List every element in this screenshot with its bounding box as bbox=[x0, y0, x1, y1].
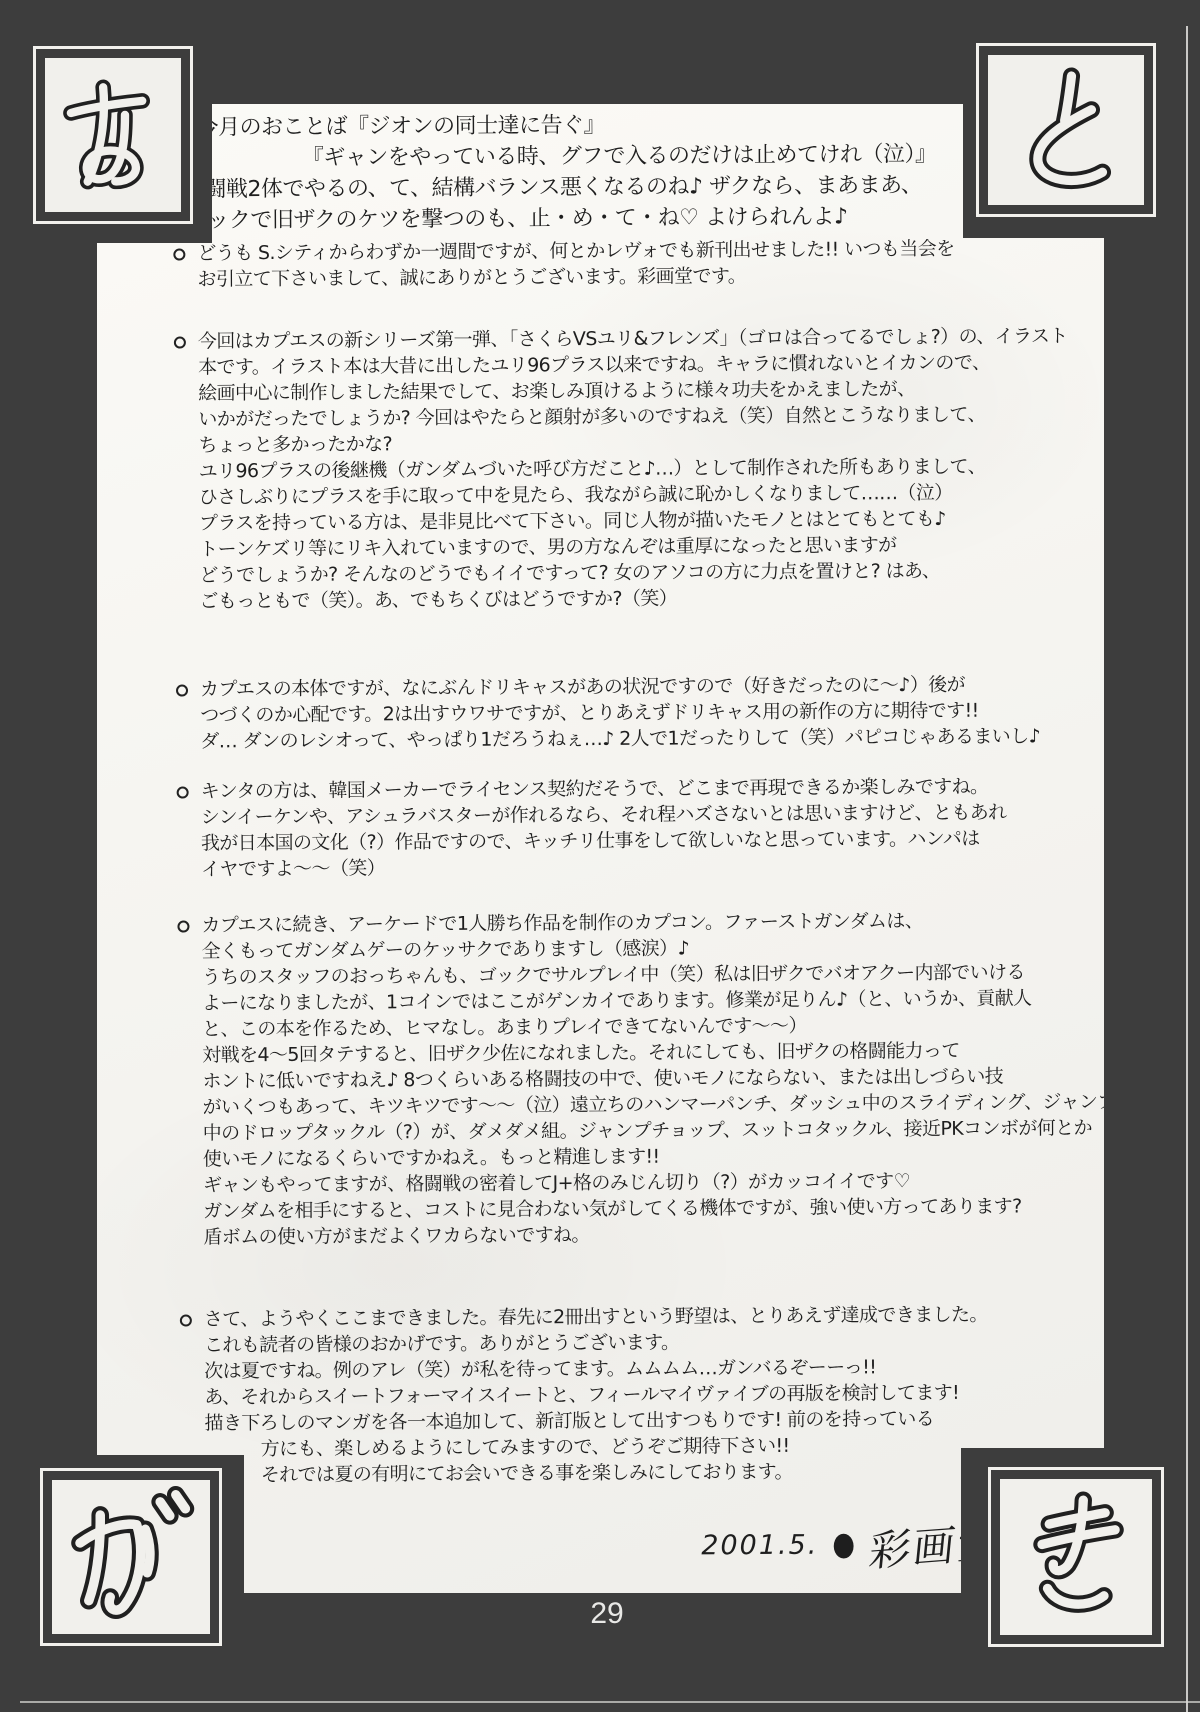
bullet-item: カプエスに続き、アーケードで1人勝ち作品を制作のカプコン。ファーストガンダムは、… bbox=[177, 907, 1079, 1250]
kana-to-icon bbox=[995, 62, 1137, 199]
bullet-lines: さて、ようやくここまできました。春先に2冊出すという野望は、とりあえず達成できま… bbox=[204, 1302, 989, 1489]
corner-box-to: と bbox=[976, 43, 1156, 217]
bullet-lines: カプエスに続き、アーケードで1人勝ち作品を制作のカプコン。ファーストガンダムは、… bbox=[201, 906, 1104, 1250]
date: 2001.5. bbox=[701, 1529, 818, 1561]
scanned-afterword-page: 今月のおことば『ジオンの同士達に告ぐ』『ギャンをやっている時、グフで入るのだけは… bbox=[0, 0, 1200, 1712]
bullet-line: お引立て下さいまして、誠にありがとうございます。彩画堂です。 bbox=[197, 262, 954, 293]
bullet-line: 本です。イラスト本は大昔に出したユリ96プラス以来ですね。キャラに慣れないとイカ… bbox=[198, 349, 1068, 380]
corner-box-ki: き bbox=[988, 1467, 1164, 1647]
bullet-item: さて、ようやくここまできました。春先に2冊出すという野望は、とりあえず達成できま… bbox=[180, 1301, 1081, 1488]
bullet-line: どうでしょうか? そんなのどうでもイイですって? 女のアソコの方に力点を置けと?… bbox=[199, 557, 1069, 588]
corner-box-ki-inner bbox=[1000, 1479, 1152, 1635]
bullet-line: 描き下ろしのマンガを各一本追加して、新訂版として出すつもりです! 前のを持ってい… bbox=[204, 1406, 988, 1437]
bullet-circle-icon bbox=[174, 337, 186, 349]
corner-box-to-inner bbox=[988, 55, 1144, 205]
date-signature-block: 2001.5. ● 彩画堂 bbox=[701, 1514, 1001, 1576]
bullet-line: どうも S.シティからわずか一週間ですが、何とかレヴォでも新刊出せました!! い… bbox=[197, 236, 954, 267]
kana-ki-icon bbox=[1007, 1486, 1145, 1628]
kana-a-icon bbox=[50, 64, 177, 206]
bullet-line: さて、ようやくここまできました。春先に2冊出すという野望は、とりあえず達成できま… bbox=[204, 1302, 988, 1333]
scan-edge-bottom bbox=[20, 1701, 1200, 1703]
corner-box-a-inner bbox=[45, 58, 181, 212]
bullet-line: 我が日本国の文化（?）作品ですので、キッチリ仕事をして欲しいなと思っています。ハ… bbox=[201, 826, 1007, 857]
bullet-line: 中のドロップタックル（?）が、ダメダメ組。ジャンプチョップ、スットコタックル、接… bbox=[203, 1114, 1104, 1146]
scan-edge-right bbox=[1186, 26, 1188, 1712]
date-stamp-mark: ● bbox=[832, 1528, 855, 1561]
bullet-item: 今回はカプエスの新シリーズ第一弾、「さくらVSユリ&フレンズ」（ゴロは合ってるで… bbox=[174, 323, 1076, 614]
bullet-line: ダ… ダンのレシオって、やっぱり1だろうねぇ…♪ 2人で1だったりして（笑）パピ… bbox=[200, 723, 1040, 754]
paper: 今月のおことば『ジオンの同士達に告ぐ』『ギャンをやっている時、グフで入るのだけは… bbox=[97, 104, 1104, 1593]
bullet-list: どうも S.シティからわずか一週間ですが、何とかレヴォでも新刊出せました!! い… bbox=[173, 235, 1081, 1522]
corner-box-ga-inner bbox=[52, 1480, 210, 1634]
bullet-line: それでは夏の有明にてお会いできる事を楽しみにしております。 bbox=[261, 1458, 989, 1488]
bullet-circle-icon bbox=[177, 787, 189, 799]
corner-box-ga: が bbox=[40, 1468, 222, 1646]
bullet-circle-icon bbox=[180, 1315, 192, 1327]
bullet-circle-icon bbox=[177, 921, 189, 933]
bullet-line: イヤですよ〜〜（笑） bbox=[201, 852, 1007, 883]
kana-ga-icon bbox=[55, 1482, 207, 1631]
bullet-lines: どうも S.シティからわずか一週間ですが、何とかレヴォでも新刊出せました!! い… bbox=[197, 236, 954, 293]
bullet-lines: 今回はカプエスの新シリーズ第一弾、「さくらVSユリ&フレンズ」（ゴロは合ってるで… bbox=[198, 323, 1069, 614]
header-line: 『ギャンをやっている時、グフで入るのだけは止めてけれ（泣）』 bbox=[302, 139, 937, 174]
header-lines: 今月のおことば『ジオンの同士達に告ぐ』『ギャンをやっている時、グフで入るのだけは… bbox=[196, 108, 936, 237]
bullet-item: カプエスの本体ですが、なにぶんドリキャスがあの状況ですので（好きだったのに〜♪）… bbox=[176, 671, 1076, 754]
bullet-line: ごもっともで（笑）。あ、でもちくびはどうですか?（笑） bbox=[199, 583, 1069, 614]
bullet-line: よーになりましたが、1コインではここがゲンカイであります。修業が足りん♪（と、い… bbox=[202, 984, 1104, 1016]
bullet-item: どうも S.シティからわずか一週間ですが、何とかレヴォでも新刊出せました!! い… bbox=[173, 235, 1073, 292]
header-line: ゾックで旧ザクのケツを撃つのも、止・め・て・ね♡ よけられんよ♪ bbox=[187, 201, 937, 237]
header-line: 今月のおことば『ジオンの同士達に告ぐ』 bbox=[196, 108, 936, 144]
header-line: 格闘戦2体でやるの、て、結構バランス悪くなるのね♪ ザクなら、まあまあ、 bbox=[183, 170, 937, 206]
paper-content: 今月のおことば『ジオンの同士達に告ぐ』『ギャンをやっている時、グフで入るのだけは… bbox=[97, 104, 1104, 1593]
bullet-line: ガンダムを相手にすると、コストに見合わない気がしてくる機体ですが、強い使い方って… bbox=[203, 1192, 1104, 1224]
corner-box-a: あ bbox=[33, 46, 193, 224]
bullet-line: プラスを持っている方は、是非見比べて下さい。同じ人物が描いたモノとはとてもとても… bbox=[199, 505, 1069, 536]
bullet-lines: カプエスの本体ですが、なにぶんドリキャスがあの状況ですので（好きだったのに〜♪）… bbox=[200, 671, 1040, 754]
bullet-line: 盾ボムの使い方がまだよくワカらないですね。 bbox=[203, 1218, 1104, 1250]
bullet-circle-icon bbox=[173, 249, 185, 261]
bullet-line: いかがだったでしょうか? 今回はやたらと顔射が多いのですねえ（笑）自然とこうなり… bbox=[198, 401, 1068, 432]
bullet-lines: キンタの方は、韓国メーカーでライセンス契約だそうで、どこまで再現できるか楽しみで… bbox=[201, 774, 1007, 883]
bullet-item: キンタの方は、韓国メーカーでライセンス契約だそうで、どこまで再現できるか楽しみで… bbox=[177, 773, 1078, 882]
bullet-circle-icon bbox=[176, 685, 188, 697]
page-number: 29 bbox=[552, 1597, 662, 1631]
